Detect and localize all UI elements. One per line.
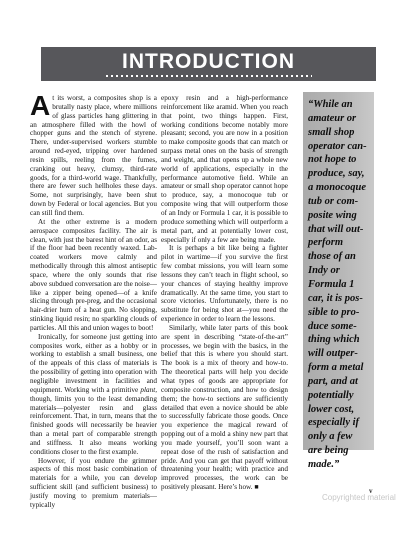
paragraph-5: epoxy resin and a high-performance reinf… [161, 94, 288, 244]
paragraph-3-text-a: Ironically, for someone just getting int… [30, 333, 157, 394]
paragraph-7-text: Similarly, while later parts of this boo… [161, 324, 288, 491]
chapter-title: INTRODUCTION [122, 51, 295, 72]
text-column-left: At its worst, a composites shop is a bru… [30, 94, 157, 510]
copyright-watermark: Copyrighted material [322, 493, 396, 502]
text-column-right: epoxy resin and a high-performance reinf… [161, 94, 288, 492]
paragraph-4: However, if you endure the grimmer aspec… [30, 457, 157, 510]
paragraph-3-italic-word: plant, [140, 386, 157, 394]
paragraph-6: It is perhaps a bit like being a fighter… [161, 244, 288, 324]
end-of-article-mark: ■ [254, 483, 258, 491]
dropcap-letter: A [30, 94, 50, 117]
pullquote-text: “While an amateur or small shop operator… [308, 98, 372, 472]
paragraph-3-text-b: though, limits you to the least demandin… [30, 395, 157, 456]
paragraph-1: At its worst, a composites shop is a bru… [30, 94, 157, 218]
chapter-header-bar: INTRODUCTION [41, 47, 376, 81]
paragraph-7: Similarly, while later parts of this boo… [161, 324, 288, 492]
book-page: INTRODUCTION At its worst, a composites … [0, 0, 416, 538]
paragraph-3: Ironically, for someone just getting int… [30, 333, 157, 457]
paragraph-2: At the other extreme is a modern aerospa… [30, 218, 157, 333]
title-underline-dots [106, 75, 312, 77]
